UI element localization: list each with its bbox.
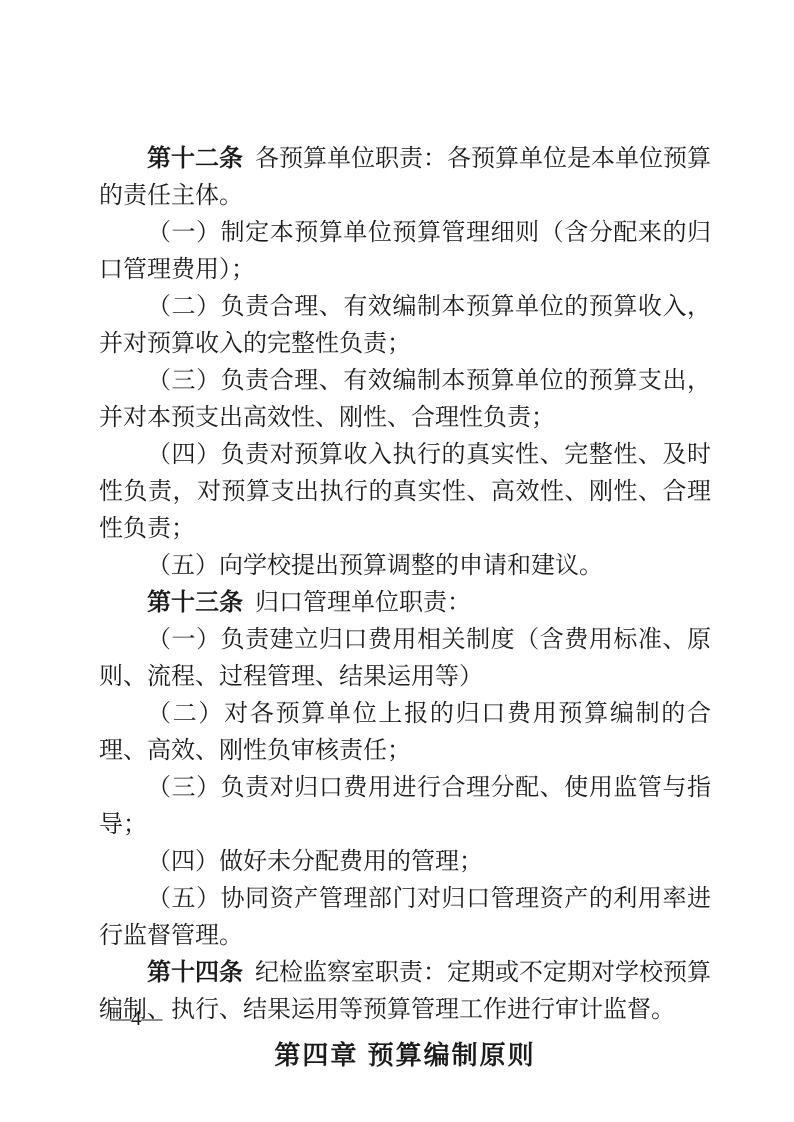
paragraph-text: 归口管理单位职责：	[255, 590, 471, 616]
paragraph: （一）制定本预算单位预算管理细则（含分配来的归口管理费用）；	[99, 215, 711, 289]
paragraph-text: （四）负责对预算收入执行的真实性、完整性、及时性负责，对预算支出执行的真实性、高…	[99, 442, 711, 542]
paragraph: （五）向学校提出预算调整的申请和建议。	[99, 548, 711, 585]
document-page: 第十二条各预算单位职责：各预算单位是本单位预算的责任主体。 （一）制定本预算单位…	[0, 0, 794, 1122]
paragraph-text: （三）负责对归口费用进行合理分配、使用监管与指导；	[99, 775, 711, 838]
article-number: 第十三条	[147, 590, 243, 616]
article-number: 第十二条	[147, 146, 243, 172]
paragraph-text: （二）负责合理、有效编制本预算单位的预算收入，并对预算收入的完整性负责；	[99, 294, 711, 357]
paragraph-text: （三）负责合理、有效编制本预算单位的预算支出，并对本预支出高效性、刚性、合理性负…	[99, 368, 711, 431]
paragraph: （四）负责对预算收入执行的真实性、完整性、及时性负责，对预算支出执行的真实性、高…	[99, 437, 711, 548]
paragraph: （二）负责合理、有效编制本预算单位的预算收入，并对预算收入的完整性负责；	[99, 289, 711, 363]
page-number: —4—	[110, 1006, 163, 1031]
paragraph-text: （五）向学校提出预算调整的申请和建议。	[147, 553, 603, 579]
chapter-heading: 第四章 预算编制原则	[99, 1037, 711, 1074]
paragraph-text: （四）做好未分配费用的管理；	[147, 849, 483, 875]
paragraph: （四）做好未分配费用的管理；	[99, 844, 711, 881]
paragraph: （一）负责建立归口费用相关制度（含费用标准、原则、流程、过程管理、结果运用等）	[99, 622, 711, 696]
paragraph: （三）负责对归口费用进行合理分配、使用监管与指导；	[99, 770, 711, 844]
paragraph: 第十三条归口管理单位职责：	[99, 585, 711, 622]
paragraph: （五）协同资产管理部门对归口管理资产的利用率进行监督管理。	[99, 881, 711, 955]
paragraph-text: （一）制定本预算单位预算管理细则（含分配来的归口管理费用）；	[99, 220, 711, 283]
paragraph: 第十二条各预算单位职责：各预算单位是本单位预算的责任主体。	[99, 141, 711, 215]
article-number: 第十四条	[147, 960, 243, 986]
paragraph-text: （一）负责建立归口费用相关制度（含费用标准、原则、流程、过程管理、结果运用等）	[99, 627, 711, 690]
document-body: 第十二条各预算单位职责：各预算单位是本单位预算的责任主体。 （一）制定本预算单位…	[99, 141, 711, 1074]
paragraph: （二）对各预算单位上报的归口费用预算编制的合理、高效、刚性负审核责任；	[99, 696, 711, 770]
paragraph-text: （五）协同资产管理部门对归口管理资产的利用率进行监督管理。	[99, 886, 711, 949]
paragraph: （三）负责合理、有效编制本预算单位的预算支出，并对本预支出高效性、刚性、合理性负…	[99, 363, 711, 437]
paragraph: 第十四条纪检监察室职责：定期或不定期对学校预算编制、执行、结果运用等预算管理工作…	[99, 955, 711, 1029]
paragraph-text: （二）对各预算单位上报的归口费用预算编制的合理、高效、刚性负审核责任；	[99, 701, 711, 764]
